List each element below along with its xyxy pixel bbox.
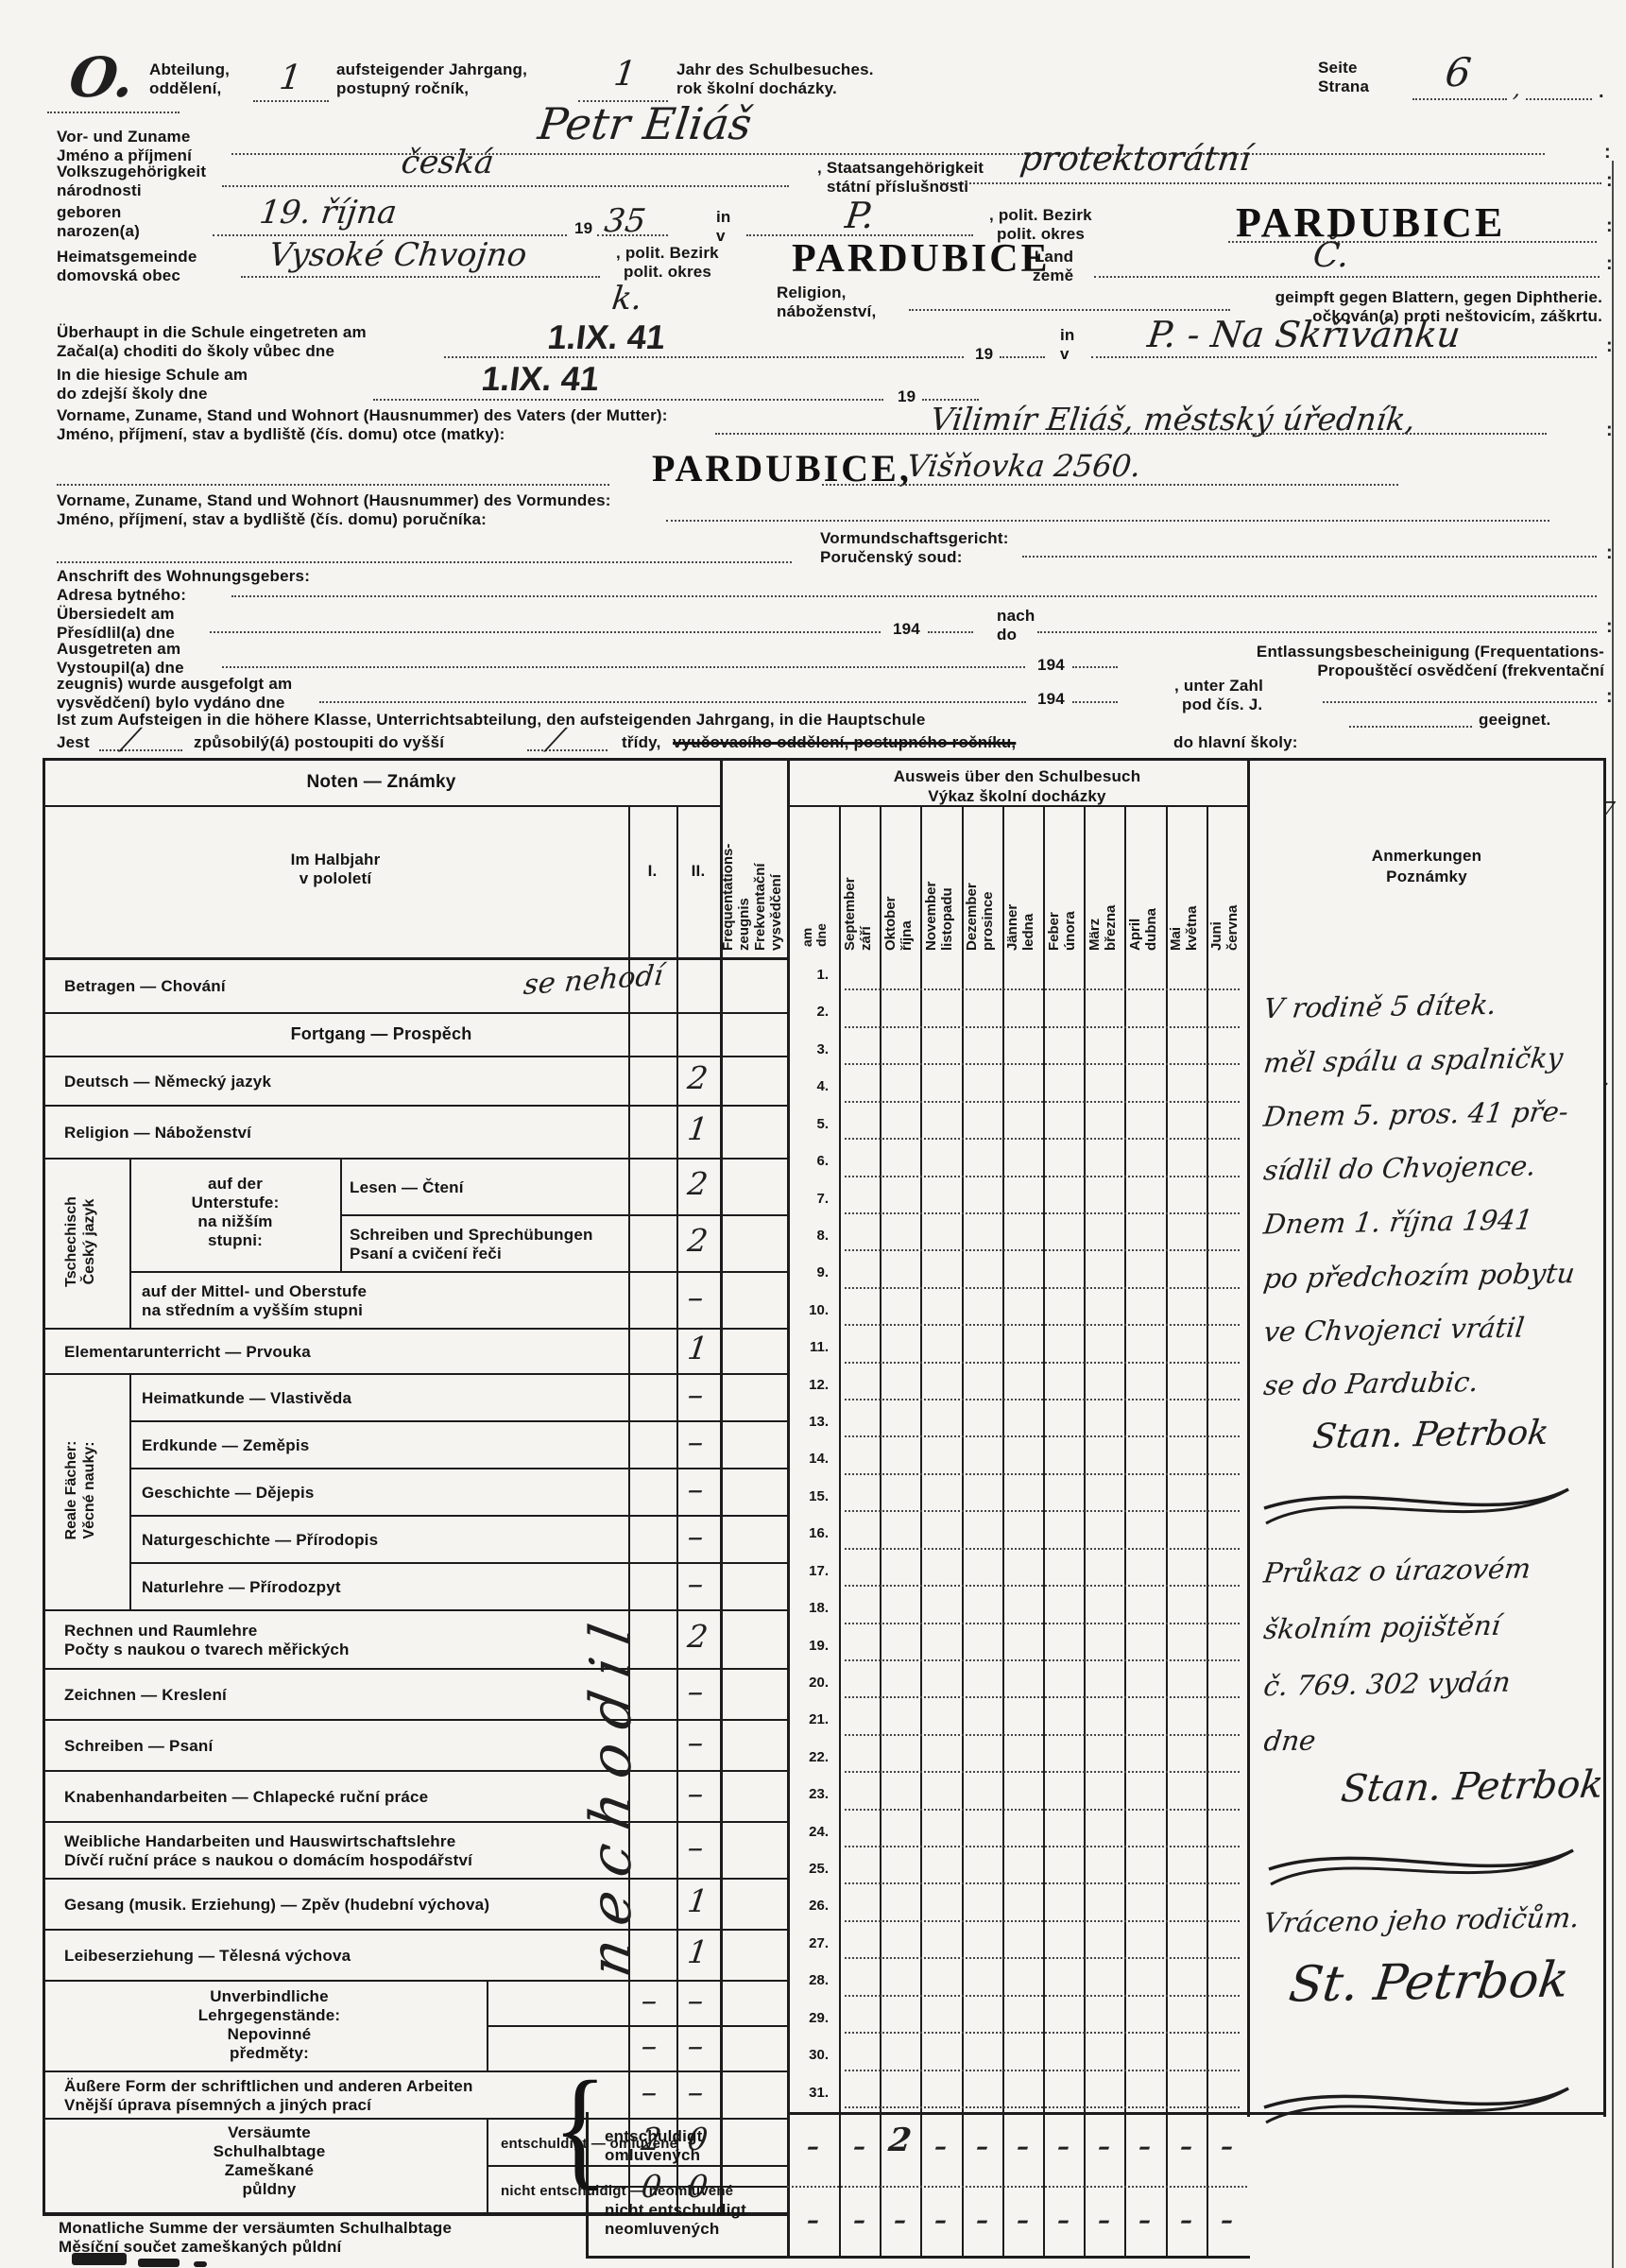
day-row-leader	[845, 1995, 1240, 1997]
ornament-initial: O.	[66, 45, 138, 110]
month-divider	[920, 805, 922, 2259]
row-border	[340, 1214, 787, 1216]
row-border	[43, 1719, 787, 1721]
unterstufe-line: auf der	[134, 1175, 336, 1194]
field-seite-line1	[1412, 98, 1507, 100]
field-hiesige-line1	[373, 399, 883, 401]
month-header-line: Mai	[1168, 809, 1184, 951]
day-number: 21.	[793, 1711, 829, 1727]
scan-blot	[72, 2253, 127, 2265]
day-row-leader	[845, 1771, 1240, 1773]
field-name-label: Vor- und Zuname Jméno a příjmení	[57, 128, 192, 165]
row-border	[43, 1012, 787, 1014]
field-geboren-day-value: 19. října	[258, 194, 400, 232]
table-left-border	[43, 758, 45, 2216]
day-number: 10.	[793, 1302, 829, 1318]
attendance-title-de: Ausweis über den Schulbesuch	[787, 767, 1247, 786]
field-vater-label: Vorname, Zuname, Stand und Wohnort (Haus…	[57, 406, 668, 444]
row-border	[129, 1562, 787, 1564]
sum-unexcused-cell: –	[960, 2207, 1004, 2235]
month-header-line: února	[1062, 809, 1078, 951]
field-anschrift-label: Anschrift des Wohnungsgebers: Adresa byt…	[57, 567, 310, 605]
month-header-line: November	[923, 809, 939, 951]
month-header-dezember: Dezemberprosince	[964, 809, 996, 951]
day-row-leader	[845, 1026, 1240, 1028]
field-ausgetreten-year: 194	[1037, 656, 1065, 675]
day-row-leader	[845, 1362, 1240, 1364]
sum-row1-label-line: entschuldigt	[605, 2127, 779, 2146]
field-staatsangehoerigkeit-label: , Staatsangehörigkeit státní příslušnost…	[817, 159, 984, 197]
amdne-line: am	[800, 886, 814, 947]
unterstufe-line: Unterstufe:	[134, 1194, 336, 1212]
month-header-line: listopadu	[939, 809, 955, 951]
freq-line: vysvědčení	[768, 790, 784, 951]
czech-group-label-line: Český jazyk	[80, 1161, 98, 1322]
field-eintritt-line2	[1000, 356, 1045, 358]
field-eintritt-year-prefix: 19	[975, 345, 993, 364]
month-header-line: září	[858, 809, 874, 951]
row-border	[43, 1980, 787, 1982]
sum-excused-cell: –	[1205, 2133, 1249, 2161]
row-border	[43, 1770, 787, 1772]
subject-label-line: Schreiben und Sprechübungen	[350, 1226, 593, 1245]
month-header-line: března	[1103, 809, 1119, 951]
sums-brace: {	[553, 2117, 608, 2139]
field-jest-line2	[527, 749, 608, 751]
field-jest-line1	[99, 749, 182, 751]
day-number: 30.	[793, 2047, 829, 2063]
day-number: 8.	[793, 1228, 829, 1244]
freq-line: zeugnis	[736, 790, 752, 951]
field-anschrift-line	[231, 595, 1597, 597]
subject-label: Erdkunde — Zeměpis	[142, 1436, 309, 1455]
field-politbezirk1-line	[1228, 241, 1597, 243]
freq-column-label: Frequentations-zeugnisFrekventačnívysvěd…	[720, 790, 784, 951]
unverbindliche-divider	[487, 1980, 488, 2070]
row-border	[43, 1668, 787, 1670]
day-row-leader	[845, 1324, 1240, 1326]
day-number: 3.	[793, 1041, 829, 1057]
remarks-title-cz: Poznámky	[1247, 868, 1606, 886]
stamp-pardubice-1: PARDUBICE	[1236, 198, 1505, 247]
field-eintritt-in-label: in v	[1060, 326, 1075, 364]
sum-excused-cell: –	[785, 2133, 841, 2161]
month-header-line: Feber	[1046, 809, 1062, 951]
sum-unexcused-cell: –	[1082, 2207, 1126, 2235]
remark-note1-line: ve Chvojenci vrátil	[1262, 1312, 1527, 1349]
day-row-leader	[845, 1249, 1240, 1251]
month-header-feber: Feberúnora	[1046, 809, 1078, 951]
remark-note2-line: školním pojištění	[1262, 1609, 1503, 1645]
day-number: 4.	[793, 1078, 829, 1094]
month-header-line: června	[1224, 809, 1241, 951]
versaeumte-line: Zameškané	[57, 2161, 482, 2180]
signature-flourish-1	[1257, 1470, 1578, 1546]
subject-label-line: Vnější úprava písemných a jiných prací	[64, 2096, 473, 2115]
field-land-line	[1094, 276, 1600, 278]
month-divider	[1084, 805, 1086, 2259]
subject-label-line: Psaní a cvičení řeči	[350, 1245, 593, 1263]
subject-label: Schreiben — Psaní	[64, 1737, 213, 1756]
sum-unexcused-cell: –	[1123, 2207, 1168, 2235]
field-aufsteigen-suffix: geeignet.	[1479, 711, 1550, 730]
versaeumte-line: Versäumte	[57, 2123, 482, 2142]
sums-bottom-border	[586, 2256, 1250, 2259]
field-zeugnis-line2	[1072, 701, 1118, 703]
grades-title: Noten — Známky	[43, 773, 720, 792]
col2-header: II.	[676, 862, 720, 881]
versaeumte-divider	[487, 2118, 488, 2212]
scan-edge-line	[1612, 161, 1614, 2268]
unverbindliche-line: Unverbindliche	[57, 1987, 482, 2006]
row-border	[43, 1158, 787, 1160]
month-header-line: května	[1184, 809, 1200, 951]
day-row-leader	[845, 2106, 1240, 2108]
remarks-title-de: Anmerkungen	[1247, 847, 1606, 866]
day-number: 14.	[793, 1451, 829, 1467]
field-geboren-label: geboren narozen(a)	[57, 203, 140, 241]
field-jest-p1: Jest	[57, 733, 90, 752]
day-row-leader	[845, 1920, 1240, 1922]
sum-row1-label: entschuldigtomluvených	[605, 2127, 779, 2165]
day-row-leader	[845, 1101, 1240, 1103]
reale-group-divider	[129, 1373, 131, 1609]
freq-line: Frekventační	[752, 790, 768, 951]
subject-label-line: Erdkunde — Zeměpis	[142, 1436, 309, 1455]
field-name-value: Petr Eliáš	[536, 98, 755, 149]
field-uebersiedelt-line2	[928, 631, 973, 633]
field-eintritt-place-value: P. - Na Skřivánku	[1145, 314, 1463, 355]
month-header-line: ledna	[1020, 809, 1036, 951]
sum-row2-label: nicht entschuldigtneomluvených	[605, 2201, 779, 2239]
subject-label-line: Gesang (musik. Erziehung) — Zpěv (hudebn…	[64, 1896, 489, 1915]
scan-blot	[194, 2261, 207, 2267]
grade-col2: 2	[686, 1165, 710, 1202]
month-header-line: März	[1087, 809, 1103, 951]
field-jahrgang-value: 1	[611, 55, 638, 94]
day-number: 25.	[793, 1861, 829, 1877]
month-header-mai: Maikvětna	[1168, 809, 1200, 951]
field-geboren-place-value: P.	[843, 195, 876, 236]
field-ausgetreten-line1	[222, 666, 1025, 668]
field-hiesige-year-prefix: 19	[898, 387, 916, 406]
day-number: 5.	[793, 1116, 829, 1132]
subject-label-line: Zeichnen — Kreslení	[64, 1686, 227, 1705]
col-divider-remarks	[1247, 758, 1250, 2117]
month-header-line: prosince	[980, 809, 996, 951]
unverbindliche-line: Lehrgegenstände:	[57, 2006, 482, 2025]
field-vormund-label: Vorname, Zuname, Stand und Wohnort (Haus…	[57, 491, 611, 529]
field-vormundgericht-line	[1022, 556, 1597, 558]
row-border	[43, 1878, 787, 1880]
month-divider	[1002, 805, 1004, 2259]
sum-excused-cell: –	[1041, 2133, 1086, 2161]
day-row-leader	[845, 1473, 1240, 1475]
freq-line: Frequentations-	[720, 790, 736, 951]
sum-excused-cell: –	[837, 2133, 881, 2161]
sums-row-divider-dotted	[787, 2186, 1247, 2188]
day-number: 16.	[793, 1525, 829, 1541]
field-staatsangehoerigkeit-value: protektorátní	[1018, 140, 1253, 179]
field-vormund-line2	[57, 561, 792, 563]
sum-excused-cell: 2	[878, 2122, 923, 2159]
day-row-leader	[845, 1846, 1240, 1847]
unverbindliche-line: předměty:	[57, 2044, 482, 2063]
field-seite-line2	[1526, 98, 1592, 100]
day-number: 23.	[793, 1786, 829, 1802]
row-border	[487, 2165, 787, 2167]
grade-col2: –	[686, 1423, 706, 1460]
month-header-line: Jänner	[1004, 809, 1020, 951]
field-vater-line3	[822, 484, 1398, 486]
month-header-line: října	[899, 809, 915, 951]
field-jahrgang-label: aufsteigender Jahrgang, postupný ročník,	[336, 60, 527, 98]
subject-label-line: Heimatkunde — Vlastivěda	[142, 1389, 351, 1408]
remark-note1-line: Dnem 1. října 1941	[1262, 1204, 1535, 1241]
field-zeugnis-zahl: , unter Zahl pod čís. J.	[1174, 677, 1263, 714]
field-seite-value: 6	[1443, 49, 1474, 95]
day-row-leader	[845, 2070, 1240, 2071]
field-eintritt-value: 1.IX. 41	[545, 318, 667, 357]
remark-note2-line: Průkaz o úrazovém	[1262, 1553, 1533, 1589]
subject-label: Äußere Form der schriftlichen und andere…	[64, 2077, 473, 2115]
unterstufe-divider	[340, 1158, 342, 1271]
reale-group-label-line: Reale Fächer:	[62, 1377, 80, 1604]
sum-unexcused-cell: –	[785, 2207, 841, 2235]
versaeumte-line: Schulhalbtage	[57, 2142, 482, 2161]
field-vater-line1	[715, 433, 1547, 435]
month-divider	[880, 805, 881, 2259]
field-schulbesuchjahr-label: Jahr des Schulbesuches. rok školní dochá…	[676, 60, 874, 98]
sums-main-label: Monatliche Summe der versäumten Schulhal…	[59, 2219, 452, 2257]
field-volkszugehoerigkeit-value: česká	[400, 144, 496, 181]
field-aufsteigen-label: Ist zum Aufsteigen in die höhere Klasse,…	[57, 711, 926, 730]
field-zeugnis-year: 194	[1037, 690, 1065, 709]
day-number: 17.	[793, 1563, 829, 1579]
row-border	[43, 2118, 787, 2120]
month-header-line: Dezember	[964, 809, 980, 951]
month-divider	[1043, 805, 1045, 2259]
divider	[47, 112, 180, 113]
day-number: 11.	[793, 1339, 829, 1355]
day-row-leader	[845, 1212, 1240, 1214]
field-abteilung-value: 1	[277, 59, 303, 97]
field-aufsteigen-line	[1349, 726, 1472, 728]
remark-note1-line: sídlil do Chvojence.	[1262, 1149, 1538, 1186]
sum-unexcused-cell: –	[837, 2207, 881, 2235]
row-border	[129, 1468, 787, 1469]
field-jest-p3: třídy,	[622, 733, 661, 752]
subject-label: Zeichnen — Kreslení	[64, 1686, 227, 1705]
subject-label: Deutsch — Německý jazyk	[64, 1073, 271, 1091]
day-number: 24.	[793, 1824, 829, 1840]
field-eintritt-line3	[1091, 356, 1597, 358]
month-divider	[1124, 805, 1126, 2259]
comma-mark: ,	[1512, 76, 1522, 102]
reale-group-label-line: Věcné nauky:	[80, 1377, 98, 1604]
sum-unexcused-cell: –	[919, 2207, 964, 2235]
day-row-leader	[845, 1510, 1240, 1512]
grade-col2: –	[686, 1724, 706, 1761]
month-header-line: September	[842, 809, 858, 951]
remark-note1-line: po předchozím pobytu	[1262, 1257, 1577, 1295]
field-jest-p2: způsobilý(á) postoupiti do vyšší	[194, 733, 444, 752]
stamp-pardubice-2: PARDUBICE	[792, 236, 1051, 282]
subject-label-line: Schreiben — Psaní	[64, 1737, 213, 1756]
month-header-november: Novemberlistopadu	[923, 809, 955, 951]
subject-label: Religion — Náboženství	[64, 1124, 251, 1143]
scanned-school-record-page: O. Abteilung, oddělení, 1 aufsteigender …	[0, 0, 1626, 2268]
amdne-divider	[839, 805, 841, 2259]
sum-unexcused-cell: –	[878, 2207, 922, 2235]
subject-label-line: Knabenhandarbeiten — Chlapecké ruční prá…	[64, 1788, 428, 1807]
subject-label: Betragen — Chování	[64, 977, 226, 996]
subject-label-line: Dívčí ruční práce s naukou o domácím hos…	[64, 1851, 472, 1870]
day-number: 20.	[793, 1675, 829, 1691]
day-row-leader	[845, 2032, 1240, 2034]
grade-col2: –	[686, 1376, 706, 1413]
subheader-underline	[43, 957, 787, 960]
subject-label: Leibeserziehung — Tělesná výchova	[64, 1947, 351, 1966]
remark-note1-line: měl spálu a spalničky	[1262, 1041, 1566, 1079]
grade-col1: –	[640, 2027, 659, 2064]
subject-label: Schreiben und SprechübungenPsaní a cviče…	[350, 1226, 593, 1263]
field-ausgetreten-label: Ausgetreten am Vystoupil(a) dne	[57, 640, 184, 678]
attendance-title-cz: Výkaz školní docházky	[787, 787, 1247, 806]
day-row-leader	[845, 1548, 1240, 1550]
subject-label: Knabenhandarbeiten — Chlapecké ruční prá…	[64, 1788, 428, 1807]
day-number: 28.	[793, 1972, 829, 1988]
field-vater-line2	[57, 484, 609, 486]
day-row-leader	[845, 1882, 1240, 1884]
field-heimatsgemeinde-line	[241, 276, 600, 278]
grade-col2: –	[686, 1982, 706, 2019]
field-hiesige-label: In die hiesige Schule am do zdejší školy…	[57, 366, 248, 404]
subject-label: Geschichte — Dějepis	[142, 1484, 315, 1503]
amdne-column-label: amdne	[800, 886, 829, 947]
subject-label-line: Lesen — Čtení	[350, 1178, 464, 1197]
header-underline-left	[43, 805, 720, 807]
subject-label: Weibliche Handarbeiten und Hauswirtschaf…	[64, 1832, 472, 1870]
field-eintritt-line1	[444, 356, 964, 358]
sum-unexcused-cell: –	[1041, 2207, 1086, 2235]
field-land-value: Č.	[1310, 236, 1351, 275]
scan-mark: ·	[1602, 1073, 1611, 1095]
month-header-line: Juni	[1208, 809, 1224, 951]
subject-label-line: auf der Mittel- und Oberstufe	[142, 1282, 367, 1301]
subject-label-line: Elementarunterricht — Prvouka	[64, 1343, 311, 1362]
col-divider-attendance	[787, 758, 790, 2259]
sum-excused-cell: –	[1123, 2133, 1168, 2161]
day-row-leader	[845, 1287, 1240, 1289]
unterstufe-line: stupni:	[134, 1231, 336, 1250]
day-row-leader	[845, 1809, 1240, 1811]
subject-label: Gesang (musik. Erziehung) — Zpěv (hudebn…	[64, 1896, 489, 1915]
field-geboren-year-prefix: 19	[574, 219, 592, 238]
day-number: 1.	[793, 967, 829, 983]
row-border	[487, 2025, 787, 2027]
sum-excused-cell: –	[1082, 2133, 1126, 2161]
subject-label: Lesen — Čtení	[350, 1178, 464, 1197]
field-seite-label: Seite Strana	[1318, 59, 1369, 96]
remark-note1-line: Dnem 5. pros. 41 pře-	[1262, 1095, 1570, 1133]
grade-col2: –	[686, 1518, 706, 1555]
day-row-leader	[845, 1063, 1240, 1065]
field-staatsangehoerigkeit-line	[940, 182, 1601, 184]
sum-excused-cell: –	[919, 2133, 964, 2161]
sum-row2-label-line: nicht entschuldigt	[605, 2201, 779, 2220]
versaeumte-line: půldny	[57, 2180, 482, 2199]
field-geboren-in-label: in v	[716, 208, 731, 246]
grade-col2: –	[686, 1775, 706, 1812]
field-ausgetreten-line2	[1072, 666, 1118, 668]
remark-note2-line: č. 769. 302 vydán	[1262, 1666, 1513, 1703]
col-divider-2	[676, 805, 678, 2212]
unverbindliche-line: Nepovinné	[57, 2025, 482, 2044]
row-border	[129, 1420, 787, 1422]
row-border	[43, 1929, 787, 1931]
row-border	[43, 1609, 787, 1611]
subject-label: Heimatkunde — Vlastivěda	[142, 1389, 351, 1408]
month-header-märz: Märzbřezna	[1087, 809, 1119, 951]
halbjahr-line: Im Halbjahr	[43, 850, 628, 869]
day-number: 29.	[793, 2010, 829, 2026]
unverbindliche-label: UnverbindlicheLehrgegenstände:Nepovinnép…	[57, 1987, 482, 2063]
day-number: 22.	[793, 1749, 829, 1765]
field-zeugnis-label: zeugnis) wurde ausgefolgt am vysvědčení)…	[57, 675, 292, 713]
sum-row1-label-line: omluvených	[605, 2146, 779, 2165]
czech-group-divider	[129, 1158, 131, 1328]
grade-col2: –	[686, 1673, 706, 1710]
field-abteilung-label: Abteilung, oddělení,	[149, 60, 230, 98]
row-border	[43, 2070, 787, 2072]
remark-note2-line: dne	[1262, 1725, 1318, 1758]
field-heimatsgemeinde-label: Heimatsgemeinde domovská obec	[57, 248, 197, 285]
day-row-leader	[845, 1659, 1240, 1661]
day-number: 31.	[793, 2085, 829, 2101]
col-divider-freq	[720, 758, 723, 2216]
sums-row-divider	[586, 2186, 787, 2188]
sum-excused-cell: –	[960, 2133, 1004, 2161]
month-header-jänner: Jännerledna	[1004, 809, 1036, 951]
month-header-april: Aprildubna	[1127, 809, 1159, 951]
sum-excused-cell: –	[1164, 2133, 1208, 2161]
grade-col2: 1	[686, 1882, 710, 1919]
subject-label-line: Deutsch — Německý jazyk	[64, 1073, 271, 1091]
grade-col2: 2	[686, 1059, 710, 1096]
day-row-leader	[845, 1696, 1240, 1698]
day-row-leader	[845, 1399, 1240, 1400]
field-jest-p4: do hlavní školy:	[1173, 733, 1298, 752]
czech-group-label-line: Tschechisch	[62, 1161, 80, 1322]
grade-col2: –	[686, 1470, 706, 1507]
subject-label-line: Geschichte — Dějepis	[142, 1484, 315, 1503]
day-number: 13.	[793, 1414, 829, 1430]
field-heimatsgemeinde-value: Vysoké Chvojno	[267, 236, 529, 274]
period-mark: .	[1599, 81, 1604, 103]
field-uebersiedelt-line1	[210, 631, 881, 633]
day-number: 12.	[793, 1377, 829, 1393]
versaeumte-label: VersäumteSchulhalbtageZameškanépůldny	[57, 2123, 482, 2199]
remark-note1-line: V rodině 5 dítek.	[1262, 988, 1498, 1024]
month-header-juni: Juničervna	[1208, 809, 1241, 951]
month-header-september: Septemberzáří	[842, 809, 874, 951]
field-uebersiedelt-label: Übersiedelt am Přesídlil(a) dne	[57, 605, 175, 643]
field-vormundgericht-label: Vormundschaftsgericht: Poručenský soud:	[820, 529, 1009, 567]
day-row-leader	[845, 1138, 1240, 1140]
col1-header: I.	[628, 862, 676, 881]
field-hiesige-value: 1.IX. 41	[479, 359, 601, 399]
